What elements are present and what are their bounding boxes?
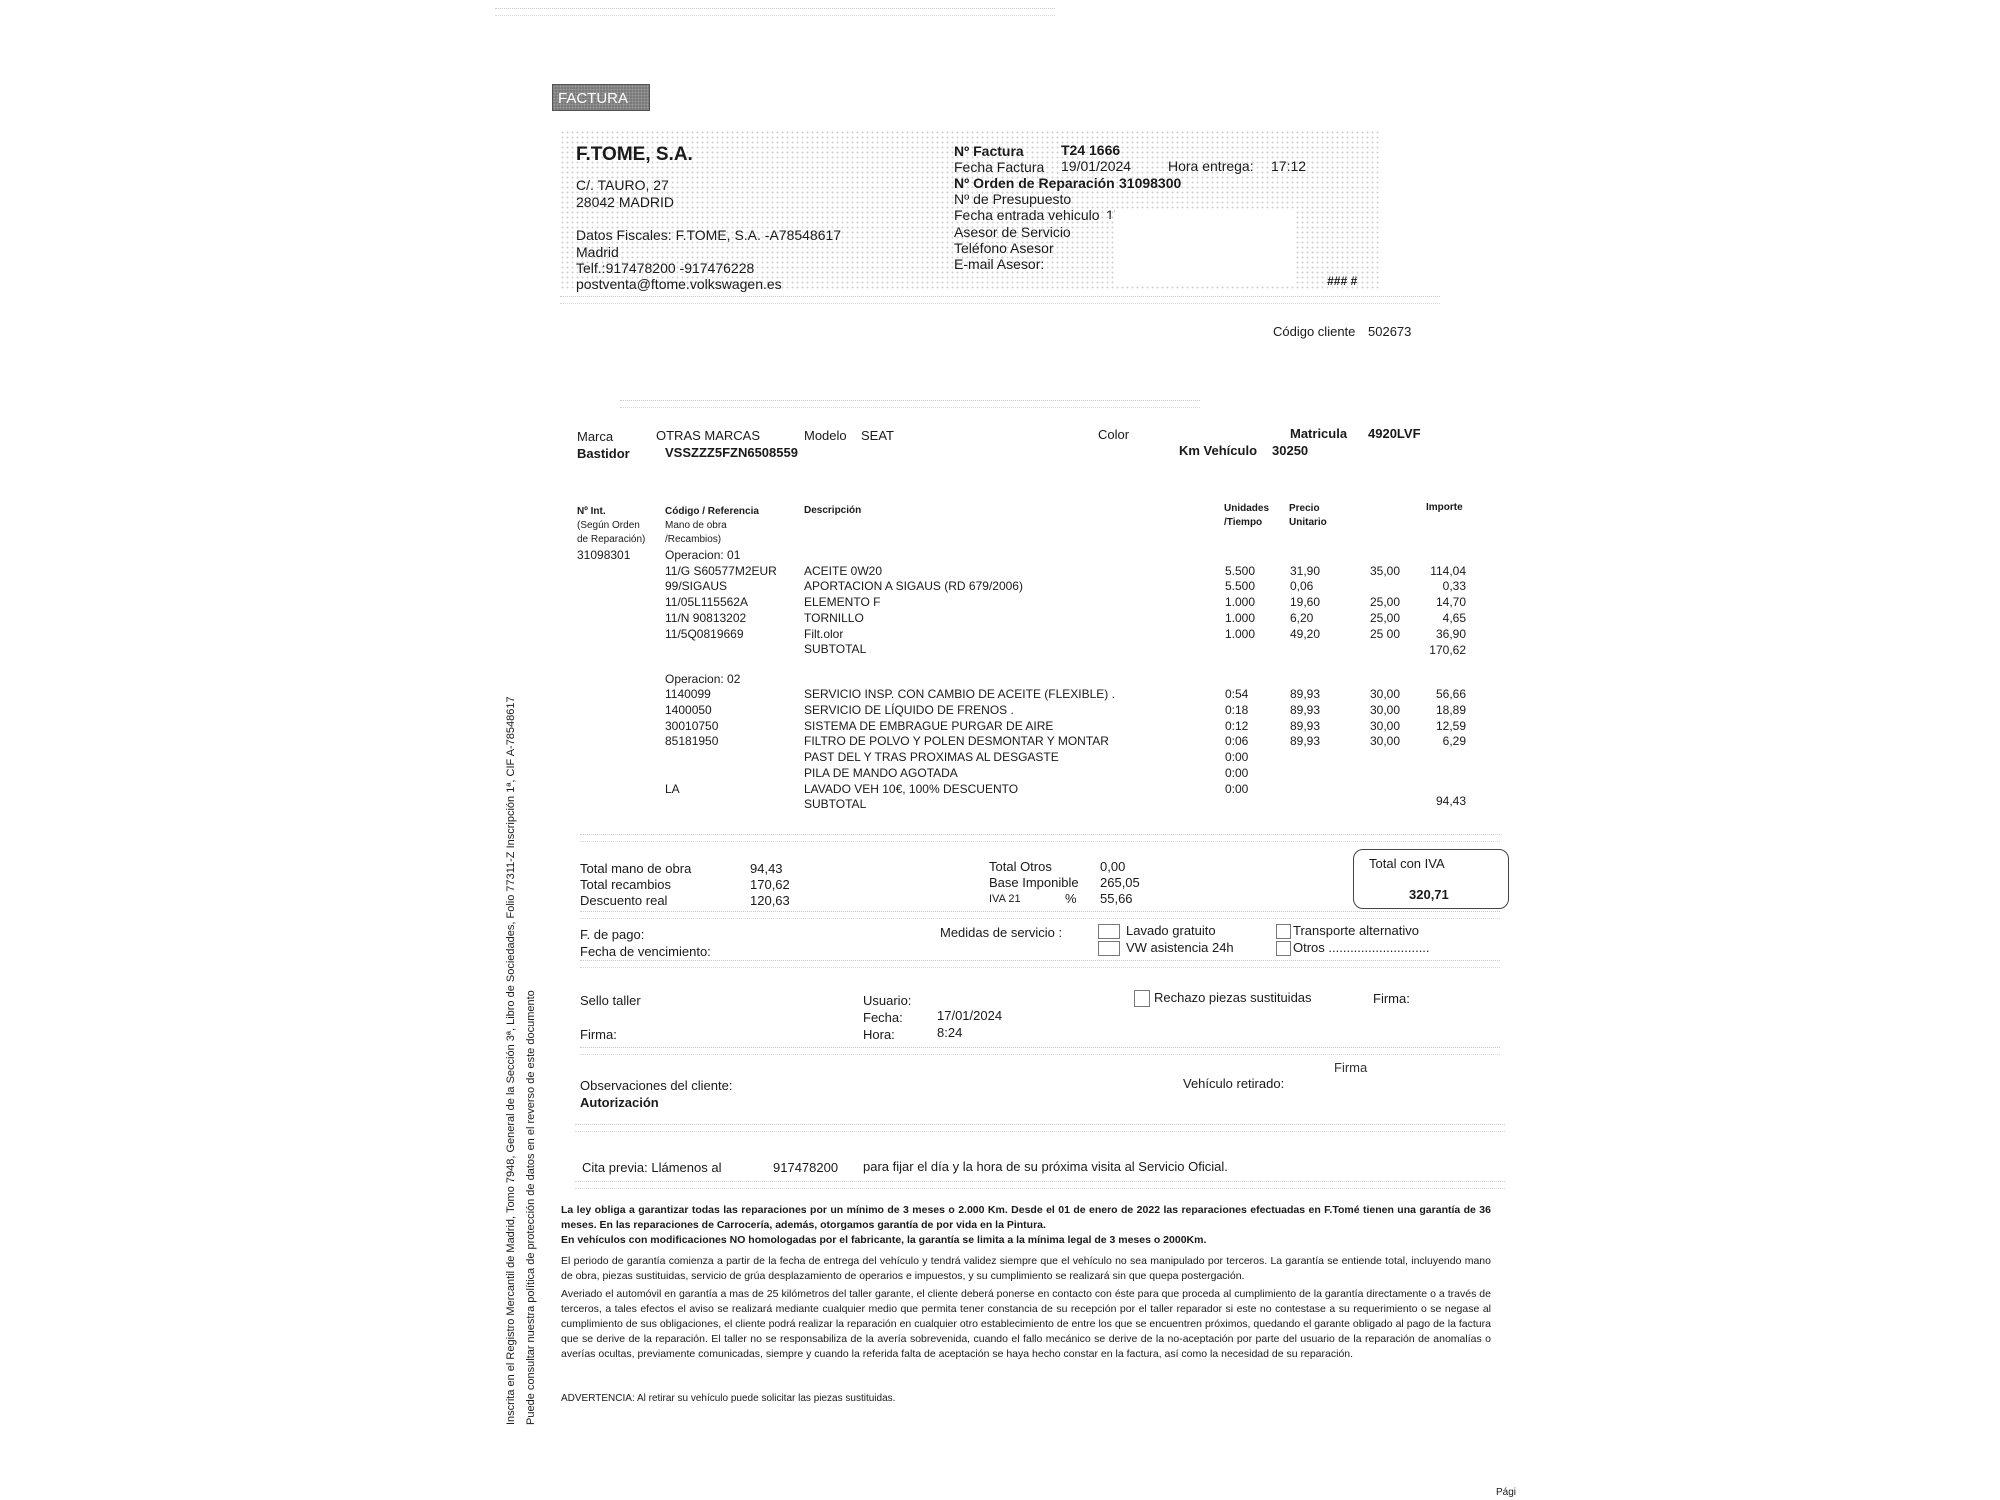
page-label: Pági bbox=[1496, 1487, 1516, 1498]
grand-total: 320,71 bbox=[1409, 887, 1449, 902]
company-name: F.TOME, S.A. bbox=[576, 144, 693, 166]
grand-total-box: Total con IVA 320,71 bbox=[1353, 849, 1509, 909]
labor-total-label: Total mano de obra bbox=[580, 861, 691, 876]
authorization-label: Autorización bbox=[580, 1095, 659, 1110]
brand: OTRAS MARCAS bbox=[656, 428, 760, 443]
tax-base: 265,05 bbox=[1100, 875, 1140, 890]
item-units: 0:00 bbox=[1225, 750, 1248, 764]
col-header-descripcion: Descripción bbox=[804, 505, 861, 516]
item-unit-price: 89,93 bbox=[1290, 734, 1320, 748]
col-header-nint: Nº Int. (Según Orden de Reparación) bbox=[577, 505, 645, 547]
scan-artifact bbox=[580, 834, 1500, 842]
hash-mark: ### # bbox=[1327, 274, 1357, 288]
free-wash-label: Lavado gratuito bbox=[1126, 923, 1216, 938]
item-description: TORNILLO bbox=[804, 611, 864, 625]
option-others[interactable]: Otros ............................ bbox=[1276, 940, 1430, 956]
col-header-nint-line1: Nº Int. bbox=[577, 505, 645, 519]
others-total-label: Total Otros bbox=[989, 859, 1052, 874]
model-label: Modelo bbox=[804, 428, 847, 443]
item-units: 0:06 bbox=[1225, 734, 1248, 748]
scan-artifact bbox=[560, 296, 1440, 304]
col-header-unidades-line1: Unidades bbox=[1224, 502, 1269, 516]
item-description: ACEITE 0W20 bbox=[804, 564, 882, 578]
item-description: APORTACION A SIGAUS (RD 679/2006) bbox=[804, 579, 1023, 593]
vat-label: IVA 21 bbox=[989, 893, 1021, 905]
user-label: Usuario: bbox=[863, 993, 911, 1008]
discount-label: Descuento real bbox=[580, 893, 667, 908]
time-label: Hora: bbox=[863, 1027, 895, 1042]
item-unit-price: 31,90 bbox=[1290, 564, 1320, 578]
appointment-phone: 917478200 bbox=[773, 1160, 838, 1175]
item-amount: 4,65 bbox=[1386, 611, 1466, 625]
item-units: 1.000 bbox=[1225, 595, 1255, 609]
invoice-date: 19/01/2024 bbox=[1061, 158, 1131, 174]
item-amount: 12,59 bbox=[1386, 719, 1466, 733]
privacy-side-text: Puede consultar nuestra política de prot… bbox=[525, 990, 537, 1425]
company-email: postventa@ftome.volkswagen.es bbox=[576, 276, 782, 292]
plate-label: Matricula bbox=[1290, 426, 1347, 441]
quote-number-label: Nº de Presupuesto bbox=[954, 191, 1071, 207]
service-measures-label: Medidas de servicio : bbox=[940, 925, 1062, 940]
col-header-nint-line3: de Reparación) bbox=[577, 533, 645, 547]
vin: VSSZZZ5FZN6508559 bbox=[665, 445, 798, 460]
item-description: Filt.olor bbox=[804, 627, 843, 641]
item-description: LAVADO VEH 10€, 100% DESCUENTO bbox=[804, 782, 1018, 796]
scan-artifact bbox=[575, 1124, 1505, 1132]
labor-total: 94,43 bbox=[750, 861, 783, 876]
item-units: 0:00 bbox=[1225, 782, 1248, 796]
item-amount: 114,04 bbox=[1386, 564, 1466, 578]
item-amount: 0,33 bbox=[1386, 579, 1466, 593]
item-units: 1.000 bbox=[1225, 611, 1255, 625]
registry-side-text: Inscrita en el Registro Mercantil de Mad… bbox=[505, 696, 517, 1425]
item-units: 0:00 bbox=[1225, 766, 1248, 780]
scan-artifact bbox=[620, 400, 1200, 408]
scan-artifact bbox=[575, 1181, 1505, 1189]
client-observations-label: Observaciones del cliente: bbox=[580, 1078, 732, 1093]
item-description: ELEMENTO F bbox=[804, 595, 880, 609]
delivery-time-label: Hora entrega: bbox=[1168, 158, 1254, 174]
scan-artifact bbox=[580, 911, 1500, 919]
item-description: PILA DE MANDO AGOTADA bbox=[804, 766, 958, 780]
item-units: 5.500 bbox=[1225, 564, 1255, 578]
color-label: Color bbox=[1098, 427, 1129, 442]
service-advisor-label: Asesor de Servicio bbox=[954, 224, 1071, 240]
delivery-time: 17:12 bbox=[1271, 158, 1306, 174]
col-header-precio: Precio Unitario bbox=[1289, 502, 1327, 530]
item-code: 1400050 bbox=[665, 703, 712, 717]
item-code: 99/SIGAUS bbox=[665, 579, 727, 593]
company-address-line1: C/. TAURO, 27 bbox=[576, 177, 669, 193]
appointment-label: Cita previa: Llámenos al bbox=[582, 1160, 721, 1175]
item-unit-price: 89,93 bbox=[1290, 703, 1320, 717]
item-description: FILTRO DE POLVO Y POLEN DESMONTAR Y MONT… bbox=[804, 734, 1109, 748]
advisor-email-label: E-mail Asesor: bbox=[954, 256, 1044, 272]
item-amount: 36,90 bbox=[1386, 627, 1466, 641]
alt-transport-label: Transporte alternativo bbox=[1293, 923, 1419, 938]
item-unit-price: 6,20 bbox=[1290, 611, 1313, 625]
client-code: 502673 bbox=[1368, 324, 1411, 339]
vw-assistance-checkbox[interactable] bbox=[1098, 941, 1120, 956]
warranty-paragraph-3: Averiado el automóvil en garantía a mas … bbox=[561, 1287, 1491, 1362]
entry-date-label: Fecha entrada vehiculo bbox=[954, 207, 1100, 223]
col-header-codigo-line1: Código / Referencia bbox=[665, 505, 759, 519]
due-date-label: Fecha de vencimiento: bbox=[580, 944, 711, 959]
option-alt-transport[interactable]: Transporte alternativo bbox=[1276, 923, 1419, 939]
company-phones: Telf.:917478200 -917476228 bbox=[576, 260, 754, 276]
grand-total-label: Total con IVA bbox=[1369, 856, 1445, 871]
reject-parts-checkbox[interactable] bbox=[1134, 990, 1150, 1007]
subtotal-label: SUBTOTAL bbox=[804, 642, 866, 656]
date-value: 17/01/2024 bbox=[937, 1008, 1002, 1023]
item-description: SISTEMA DE EMBRAGUE PURGAR DE AIRE bbox=[804, 719, 1053, 733]
item-description: SERVICIO DE LÍQUIDO DE FRENOS . bbox=[804, 703, 1014, 717]
tax-base-label: Base Imponible bbox=[989, 875, 1079, 890]
option-vw-assistance[interactable]: VW asistencia 24h bbox=[1098, 940, 1234, 956]
free-wash-checkbox[interactable] bbox=[1098, 924, 1120, 939]
parts-total-label: Total recambios bbox=[580, 877, 671, 892]
company-city: Madrid bbox=[576, 244, 619, 260]
warranty-paragraph-2: El periodo de garantía comienza a partir… bbox=[561, 1254, 1491, 1284]
item-amount: 18,89 bbox=[1386, 703, 1466, 717]
model: SEAT bbox=[861, 428, 894, 443]
item-code: 11/05L115562A bbox=[665, 595, 748, 609]
item-unit-price: 49,20 bbox=[1290, 627, 1320, 641]
pickup-signature-label: Firma bbox=[1334, 1060, 1367, 1075]
item-code: 85181950 bbox=[665, 734, 718, 748]
mileage-label: Km Vehículo bbox=[1179, 443, 1257, 458]
item-units: 0:54 bbox=[1225, 687, 1248, 701]
warning-text: ADVERTENCIA: Al retirar su vehículo pued… bbox=[561, 1393, 895, 1404]
brand-label: Marca bbox=[577, 429, 613, 444]
alt-transport-checkbox[interactable] bbox=[1276, 924, 1291, 939]
col-header-unidades-line2: /Tiempo bbox=[1224, 516, 1269, 530]
document-type-badge: FACTURA bbox=[552, 84, 650, 111]
redacted-area bbox=[1115, 210, 1295, 286]
others-total: 0,00 bbox=[1100, 859, 1125, 874]
reject-parts-label: Rechazo piezas sustituidas bbox=[1154, 990, 1312, 1005]
item-code: 11/5Q0819669 bbox=[665, 627, 744, 641]
repair-order: 31098300 bbox=[1119, 175, 1181, 191]
invoice-date-label: Fecha Factura bbox=[954, 159, 1044, 175]
vehicle-picked-up-label: Vehículo retirado: bbox=[1183, 1076, 1284, 1091]
col-header-unidades: Unidades /Tiempo bbox=[1224, 502, 1269, 530]
subtotal-value: 170,62 bbox=[1386, 643, 1466, 657]
scan-artifact bbox=[580, 1047, 1500, 1055]
col-header-codigo-line2: Mano de obra bbox=[665, 519, 759, 533]
option-free-wash[interactable]: Lavado gratuito bbox=[1098, 923, 1216, 939]
item-units: 1.000 bbox=[1225, 627, 1255, 641]
warranty-paragraph-1: La ley obliga a garantizar todas las rep… bbox=[561, 1203, 1491, 1233]
company-address-line2: 28042 MADRID bbox=[576, 194, 674, 210]
client-code-label: Código cliente bbox=[1273, 324, 1355, 339]
operation-title: Operacion: 02 bbox=[665, 672, 740, 686]
operation-title: Operacion: 01 bbox=[665, 548, 740, 562]
item-unit-price: 89,93 bbox=[1290, 687, 1320, 701]
warranty-paragraph-1b: En vehículos con modificaciones NO homol… bbox=[561, 1233, 1491, 1248]
time-value: 8:24 bbox=[937, 1025, 962, 1040]
col-header-codigo-line3: /Recambios) bbox=[665, 533, 759, 547]
col-header-nint-line2: (Según Orden bbox=[577, 519, 645, 533]
reject-parts-option[interactable]: Rechazo piezas sustituidas bbox=[1134, 990, 1312, 1007]
item-units: 0:12 bbox=[1225, 719, 1248, 733]
vin-label: Bastidor bbox=[577, 446, 630, 461]
scan-artifact bbox=[580, 960, 1500, 968]
mileage: 30250 bbox=[1272, 443, 1308, 458]
internal-number: 31098301 bbox=[577, 548, 630, 562]
plate: 4920LVF bbox=[1368, 426, 1421, 441]
item-description: SERVICIO INSP. CON CAMBIO DE ACEITE (FLE… bbox=[804, 687, 1115, 701]
item-code: LA bbox=[665, 782, 680, 796]
advisor-phone-label: Teléfono Asesor bbox=[954, 240, 1054, 256]
subtotal-label: SUBTOTAL bbox=[804, 797, 866, 811]
subtotal-value: 94,43 bbox=[1386, 794, 1466, 808]
vat-amount: 55,66 bbox=[1100, 891, 1133, 906]
item-description: PAST DEL Y TRAS PROXIMAS AL DESGASTE bbox=[804, 750, 1059, 764]
company-fiscal: Datos Fiscales: F.TOME, S.A. -A78548617 bbox=[576, 227, 841, 243]
workshop-stamp-label: Sello taller bbox=[580, 993, 641, 1008]
item-code: 11/N 90813202 bbox=[665, 611, 746, 625]
item-code: 1140099 bbox=[665, 687, 711, 701]
vw-assistance-label: VW asistencia 24h bbox=[1126, 940, 1234, 955]
others-checkbox[interactable] bbox=[1276, 941, 1291, 956]
item-unit-price: 0,06 bbox=[1290, 579, 1313, 593]
item-amount: 6,29 bbox=[1386, 734, 1466, 748]
parts-total: 170,62 bbox=[750, 877, 790, 892]
col-header-precio-line1: Precio bbox=[1289, 502, 1327, 516]
discount: 120,63 bbox=[750, 893, 790, 908]
scan-artifact bbox=[495, 8, 1055, 16]
item-code: 11/G S60577M2EUR bbox=[665, 564, 777, 578]
payment-method-label: F. de pago: bbox=[580, 927, 644, 942]
item-amount: 14,70 bbox=[1386, 595, 1466, 609]
item-code: 30010750 bbox=[665, 719, 718, 733]
appointment-text: para fijar el día y la hora de su próxim… bbox=[863, 1159, 1228, 1174]
repair-order-label: Nº Orden de Reparación bbox=[954, 175, 1115, 191]
item-unit-price: 89,93 bbox=[1290, 719, 1320, 733]
item-units: 5.500 bbox=[1225, 579, 1255, 593]
col-header-codigo: Código / Referencia Mano de obra /Recamb… bbox=[665, 505, 759, 547]
signature-label: Firma: bbox=[580, 1027, 617, 1042]
invoice-number: T24 1666 bbox=[1061, 142, 1120, 158]
item-amount: 56,66 bbox=[1386, 687, 1466, 701]
item-unit-price: 19,60 bbox=[1290, 595, 1320, 609]
col-header-importe: Importe bbox=[1426, 502, 1463, 513]
item-units: 0:18 bbox=[1225, 703, 1248, 717]
col-header-precio-line2: Unitario bbox=[1289, 516, 1327, 530]
invoice-number-label: Nº Factura bbox=[954, 143, 1024, 159]
others-label: Otros ............................ bbox=[1293, 940, 1430, 955]
date-label: Fecha: bbox=[863, 1010, 903, 1025]
vat-percent-sign: % bbox=[1065, 891, 1077, 906]
client-signature-label: Firma: bbox=[1373, 991, 1410, 1006]
